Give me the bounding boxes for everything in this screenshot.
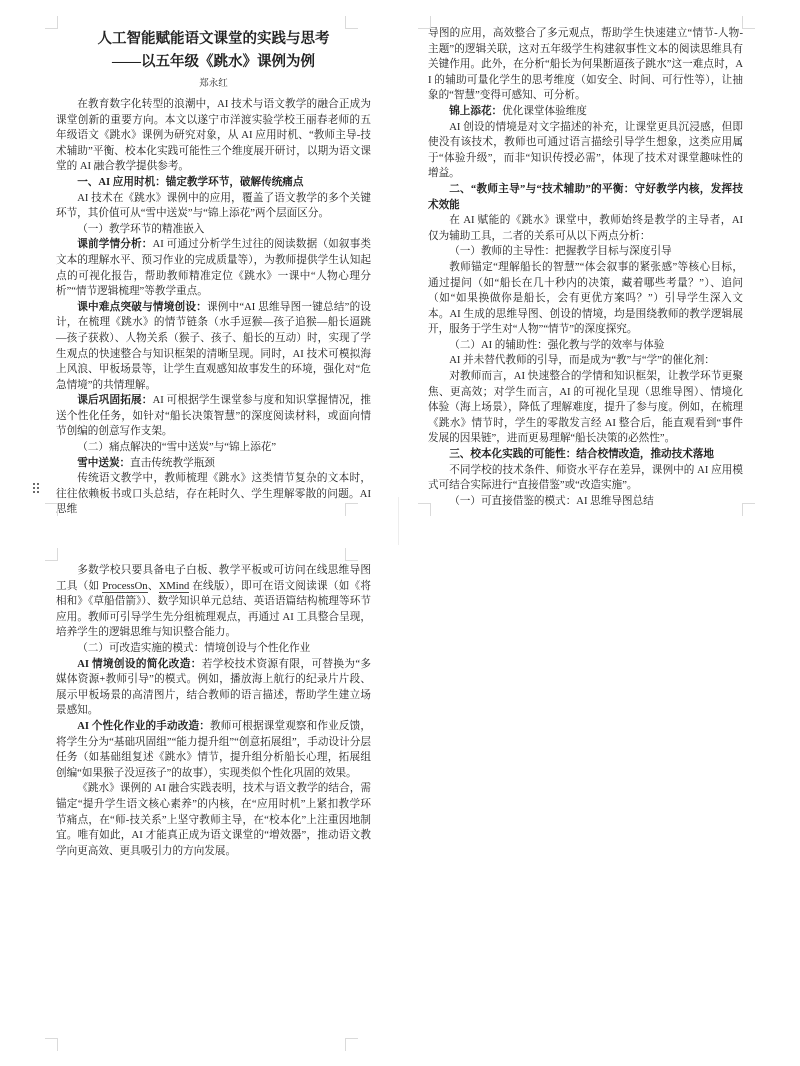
section-heading-3[interactable]: 三、校本化实践的可能性：结合校情改造，推动技术落地 [428, 447, 743, 463]
paragraph-text: 、 [148, 581, 159, 592]
paragraph-text: 课例中“AI 思维导图一键总结”的设计，在梳理《跳水》的情节链条（水手逗猴—孩子… [56, 302, 371, 391]
paragraph[interactable]: 《跳水》课例的 AI 融合实践表明，技术与语文教学的结合，需锚定“提升学生语文核… [56, 781, 371, 859]
subsection-heading[interactable]: （二）可改造实施的模式：情境创设与个性化作业 [56, 641, 371, 657]
paragraph-lead: 课后巩固拓展： [77, 395, 152, 406]
paragraph[interactable]: 对教师而言，AI 快速整合的学情和知识框架，让教学环节更聚焦、更高效；对学生而言… [428, 369, 743, 447]
document-subtitle: ——以五年级《跳水》课例为例 [56, 51, 371, 74]
spellcheck-underlined-term: ProcessOn [102, 581, 147, 593]
paragraph[interactable]: 多数学校只要具备电子白板、教学平板或可访问在线思维导图工具（如 ProcessO… [56, 563, 371, 641]
paragraph[interactable]: 在教育数字化转型的浪潮中，AI 技术与语文教学的融合正成为课堂创新的重要方向。本… [56, 97, 371, 175]
page-margin-mark [418, 503, 431, 516]
document-title: 人工智能赋能语文课堂的实践与思考 [56, 28, 371, 51]
paragraph[interactable]: 雪中送炭：直击传统教学瓶颈 [56, 456, 371, 472]
paragraph-continuation[interactable]: 导图的应用，高效整合了多元观点，帮助学生快速建立“情节-人物-主题”的逻辑关联，… [428, 26, 743, 104]
page-margin-mark [418, 16, 431, 29]
page-1-text-area[interactable]: 人工智能赋能语文课堂的实践与思考 ——以五年级《跳水》课例为例 郑永红 在教育数… [56, 28, 371, 518]
page-margin-mark [45, 548, 58, 561]
paragraph[interactable]: AI 个性化作业的手动改造：教师可根据课堂观察和作业反馈，将学生分为“基础巩固组… [56, 719, 371, 781]
paragraph[interactable]: AI 技术在《跳水》课例中的应用，覆盖了语文教学的多个关键环节，其价值可从“雪中… [56, 191, 371, 222]
paragraph[interactable]: 教师锚定“理解船长的智慧”“体会叙事的紧张感”等核心目标，通过提问（如“船长在几… [428, 260, 743, 338]
page-margin-mark [742, 503, 755, 516]
subsection-heading[interactable]: （一）可直接借鉴的模式：AI 思维导图总结 [428, 494, 743, 510]
page-3-text-area[interactable]: 多数学校只要具备电子白板、教学平板或可访问在线思维导图工具（如 ProcessO… [56, 563, 371, 859]
paragraph[interactable]: 在 AI 赋能的《跳水》课堂中，教师始终是教学的主导者，AI 仅为辅助工具，二者… [428, 213, 743, 244]
paragraph-lead: 雪中送炭： [77, 458, 130, 469]
subsection-heading[interactable]: （二）痛点解决的“雪中送炭”与“锦上添花” [56, 440, 371, 456]
page-2-text-area[interactable]: 导图的应用，高效整合了多元观点，帮助学生快速建立“情节-人物-主题”的逻辑关联，… [428, 26, 743, 509]
page-margin-mark [345, 1038, 358, 1051]
paragraph-text: 直击传统教学瓶颈 [130, 458, 215, 469]
paragraph[interactable]: 传统语文教学中，教师梳理《跳水》这类情节复杂的文本时，往往依赖板书或口头总结，存… [56, 471, 371, 518]
paragraph-text: 优化课堂体验维度 [502, 106, 587, 117]
section-heading-2[interactable]: 二、“教师主导”与“技术辅助”的平衡：守好教学内核，发挥技术效能 [428, 182, 743, 213]
paragraph-lead: 锦上添花： [449, 106, 502, 117]
paragraph-lead: 课前学情分析： [77, 239, 152, 250]
paragraph-drag-handle-icon[interactable] [33, 483, 39, 493]
paragraph[interactable]: AI 创设的情境是对文字描述的补充，让课堂更具沉浸感，但即使没有该技术，教师也可… [428, 120, 743, 182]
paragraph[interactable]: 课前学情分析：AI 可通过分析学生过往的阅读数据（如叙事类文本的理解水平、预习作… [56, 237, 371, 299]
page-margin-mark [45, 1038, 58, 1051]
paragraph[interactable]: 不同学校的技术条件、师资水平存在差异，课例中的 AI 应用模式可结合实际进行“直… [428, 463, 743, 494]
paragraph[interactable]: 锦上添花：优化课堂体验维度 [428, 104, 743, 120]
page-edge-line [398, 497, 399, 545]
subsection-heading[interactable]: （一）教学环节的精准嵌入 [56, 222, 371, 238]
page-margin-mark [45, 16, 58, 29]
paragraph[interactable]: 课中难点突破与情境创设：课例中“AI 思维导图一键总结”的设计，在梳理《跳水》的… [56, 300, 371, 394]
section-heading-1[interactable]: 一、AI 应用时机：锚定教学环节，破解传统痛点 [56, 175, 371, 191]
page-margin-mark [45, 503, 58, 516]
author-name: 郑永红 [56, 77, 371, 92]
subsection-heading[interactable]: （一）教师的主导性：把握教学目标与深度引导 [428, 244, 743, 260]
page-margin-mark [742, 16, 755, 29]
paragraph[interactable]: AI 并未替代教师的引导，而是成为“教”与“学”的催化剂： [428, 353, 743, 369]
paragraph[interactable]: AI 情境创设的简化改造：若学校技术资源有限，可替换为“多媒体资源+教师引导”的… [56, 657, 371, 719]
paragraph[interactable]: 课后巩固拓展：AI 可根据学生课堂参与度和知识掌握情况，推送个性化任务，如针对“… [56, 393, 371, 440]
page-margin-mark [345, 16, 358, 29]
subsection-heading[interactable]: （二）AI 的辅助性：强化教与学的效率与体验 [428, 338, 743, 354]
page-margin-mark [345, 548, 358, 561]
paragraph-lead: 课中难点突破与情境创设： [77, 302, 207, 313]
paragraph-lead: AI 个性化作业的手动改造： [77, 721, 210, 732]
paragraph-lead: AI 情境创设的简化改造： [77, 659, 202, 670]
page-margin-mark [345, 503, 358, 516]
spellcheck-underlined-term: XMind [159, 581, 190, 593]
